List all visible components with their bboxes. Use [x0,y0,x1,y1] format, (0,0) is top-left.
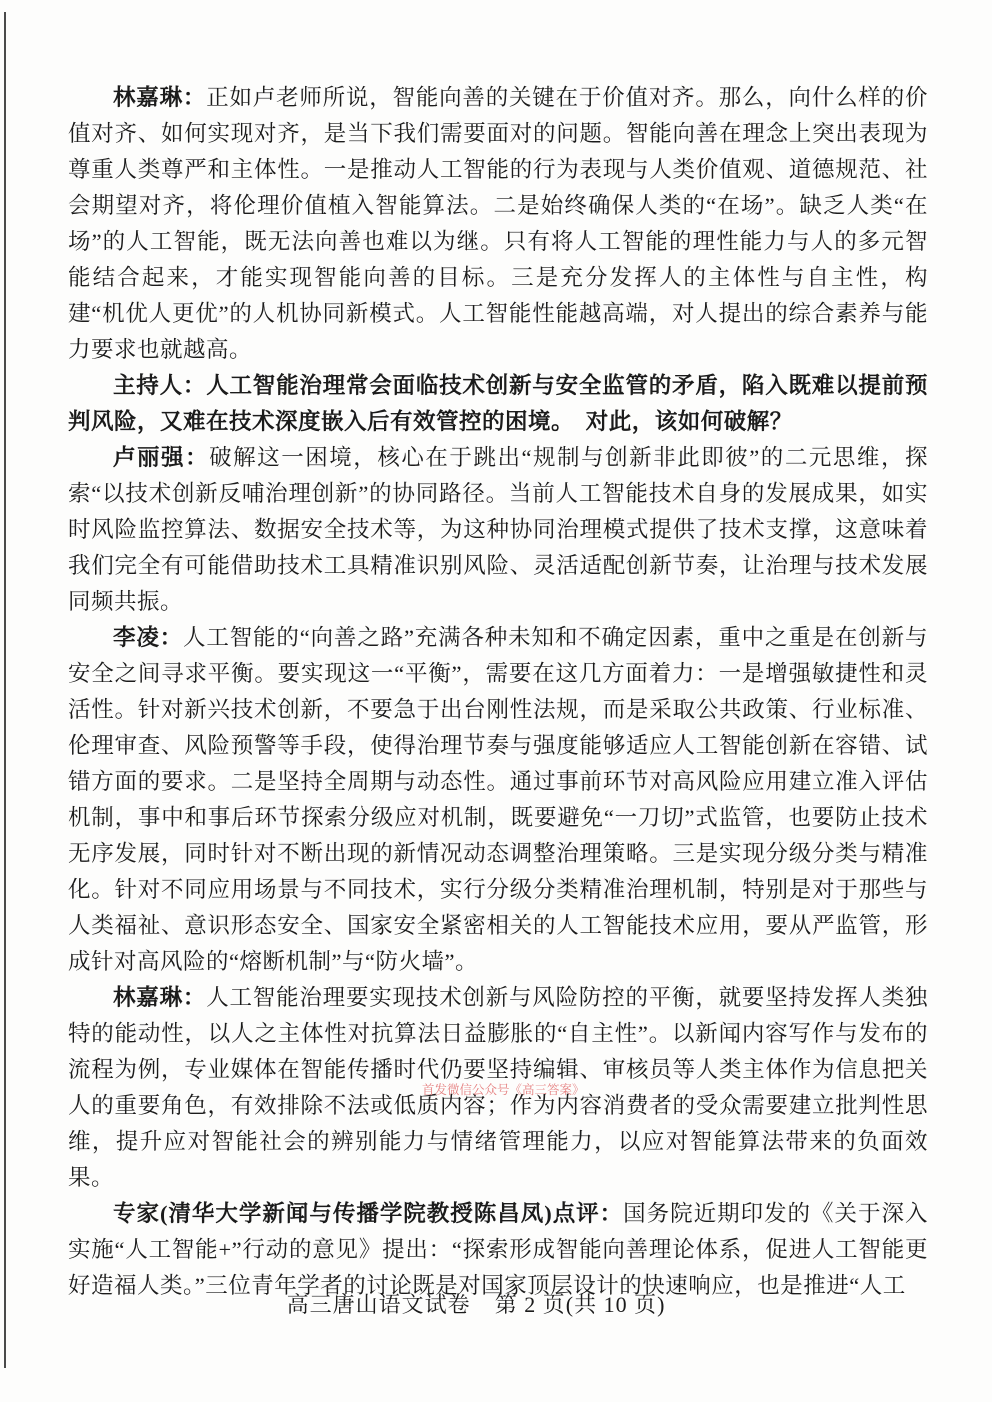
paragraph-linjialin-1: 林嘉琳：正如卢老师所说，智能向善的关键在于价值对齐。那么，向什么样的价值对齐、如… [68,80,928,368]
paragraph-liling: 李凌：人工智能的“向善之路”充满各种未知和不确定因素，重中之重是在创新与安全之间… [68,620,928,980]
paragraph-text: 破解这一困境，核心在于跳出“规制与创新非此即彼”的二元思维，探索“以技术创新反哺… [68,445,928,614]
watermark-red-text: 首发微信公众号《高三答案》 [422,1083,585,1097]
paragraph-luliqiang: 卢丽强：破解这一困境，核心在于跳出“规制与创新非此即彼”的二元思维，探索“以技术… [68,440,928,620]
speaker-name-expert: 专家(清华大学新闻与传播学院教授陈昌凤)点评： [113,1201,623,1226]
footer-page-label: 第 2 页(共 10 页) [495,1292,666,1317]
page-footer: 高三唐山语文试卷第 2 页(共 10 页) [0,1288,952,1319]
speaker-name-host: 主持人： [113,373,206,398]
speaker-name-liling: 李凌： [113,625,183,650]
speaker-name-linjialin-2: 林嘉琳： [113,985,206,1010]
paragraph-text: 正如卢老师所说，智能向善的关键在于价值对齐。那么，向什么样的价值对齐、如何实现对… [68,85,928,362]
paragraph-host: 主持人：人工智能治理常会面临技术创新与安全监管的矛盾，陷入既难以提前预判风险，又… [68,368,928,440]
document-page: 林嘉琳：正如卢老师所说，智能向善的关键在于价值对齐。那么，向什么样的价值对齐、如… [0,0,992,1402]
document-body: 林嘉琳：正如卢老师所说，智能向善的关键在于价值对齐。那么，向什么样的价值对齐、如… [68,80,928,1304]
scan-edge-line [4,12,6,1368]
paragraph-text: 人工智能的“向善之路”充满各种未知和不确定因素，重中之重是在创新与安全之间寻求平… [68,625,928,974]
footer-exam-title: 高三唐山语文试卷 [287,1292,471,1317]
speaker-name-linjialin-1: 林嘉琳： [113,85,206,110]
speaker-name-luliqiang: 卢丽强： [113,445,209,470]
